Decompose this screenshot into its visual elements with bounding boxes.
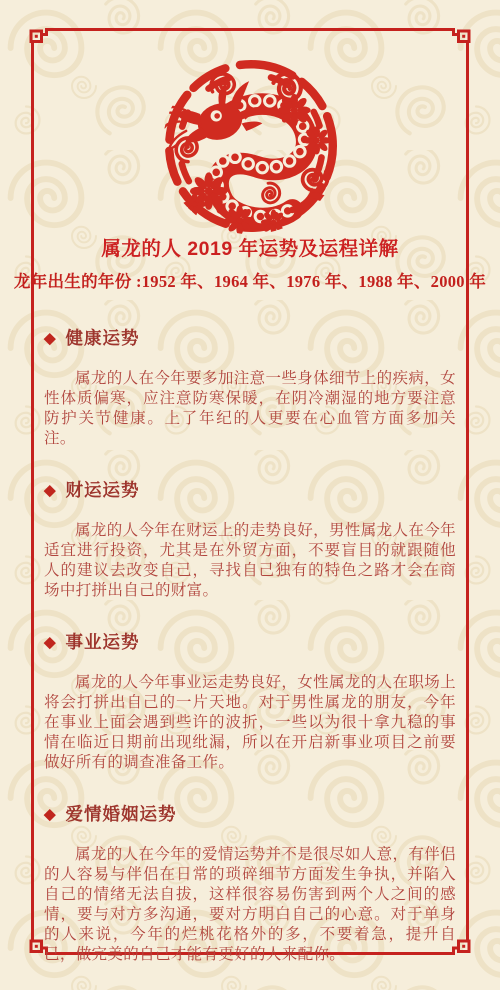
section-body: 属龙的人在今年要多加注意一些身体细节上的疾病，女性体质偏寒，应注意防寒保暖，在阴… xyxy=(44,369,456,449)
diamond-bullet-icon: ◆ xyxy=(44,331,57,347)
section-body: 属龙的人今年事业运走势良好，女性属龙的人在职场上将会打拼出自己的一片天地。对于男… xyxy=(44,673,456,773)
section-heading-label: 财运运势 xyxy=(66,480,140,500)
section-body: 属龙的人在今年的爱情运势并不是很尽如人意，有伴侣的人容易与伴侣在日常的琐碎细节方… xyxy=(44,845,456,965)
section-heading: ◆事业运势 xyxy=(44,631,456,655)
dragon-papercut-medallion-icon xyxy=(157,52,345,240)
section-health: ◆健康运势 属龙的人在今年要多加注意一些身体细节上的疾病，女性体质偏寒，应注意防… xyxy=(44,327,456,449)
section-love-marriage: ◆爱情婚姻运势 属龙的人在今年的爱情运势并不是很尽如人意，有伴侣的人容易与伴侣在… xyxy=(44,803,456,965)
diamond-bullet-icon: ◆ xyxy=(44,483,57,499)
section-career: ◆事业运势 属龙的人今年事业运走势良好，女性属龙的人在职场上将会打拼出自己的一片… xyxy=(44,631,456,773)
section-wealth: ◆财运运势 属龙的人今年在财运上的走势良好，男性属龙人在今年适宜进行投资，尤其是… xyxy=(44,479,456,601)
section-heading-label: 健康运势 xyxy=(66,328,140,348)
birth-years-line: 龙年出生的年份 :1952 年、1964 年、1976 年、1988 年、200… xyxy=(0,271,500,293)
diamond-bullet-icon: ◆ xyxy=(44,807,57,823)
section-heading-label: 爱情婚姻运势 xyxy=(66,804,177,824)
section-heading: ◆爱情婚姻运势 xyxy=(44,803,456,827)
section-heading: ◆健康运势 xyxy=(44,327,456,351)
diamond-bullet-icon: ◆ xyxy=(44,635,57,651)
section-body: 属龙的人今年在财运上的走势良好，男性属龙人在今年适宜进行投资，尤其是在外贸方面，… xyxy=(44,521,456,601)
section-heading: ◆财运运势 xyxy=(44,479,456,503)
section-heading-label: 事业运势 xyxy=(66,632,140,652)
page-title: 属龙的人 2019 年运势及运程详解 xyxy=(0,237,500,261)
fortune-sections: ◆健康运势 属龙的人在今年要多加注意一些身体细节上的疾病，女性体质偏寒，应注意防… xyxy=(44,327,456,965)
page-root: 属龙的人 2019 年运势及运程详解 龙年出生的年份 :1952 年、1964 … xyxy=(0,0,500,990)
